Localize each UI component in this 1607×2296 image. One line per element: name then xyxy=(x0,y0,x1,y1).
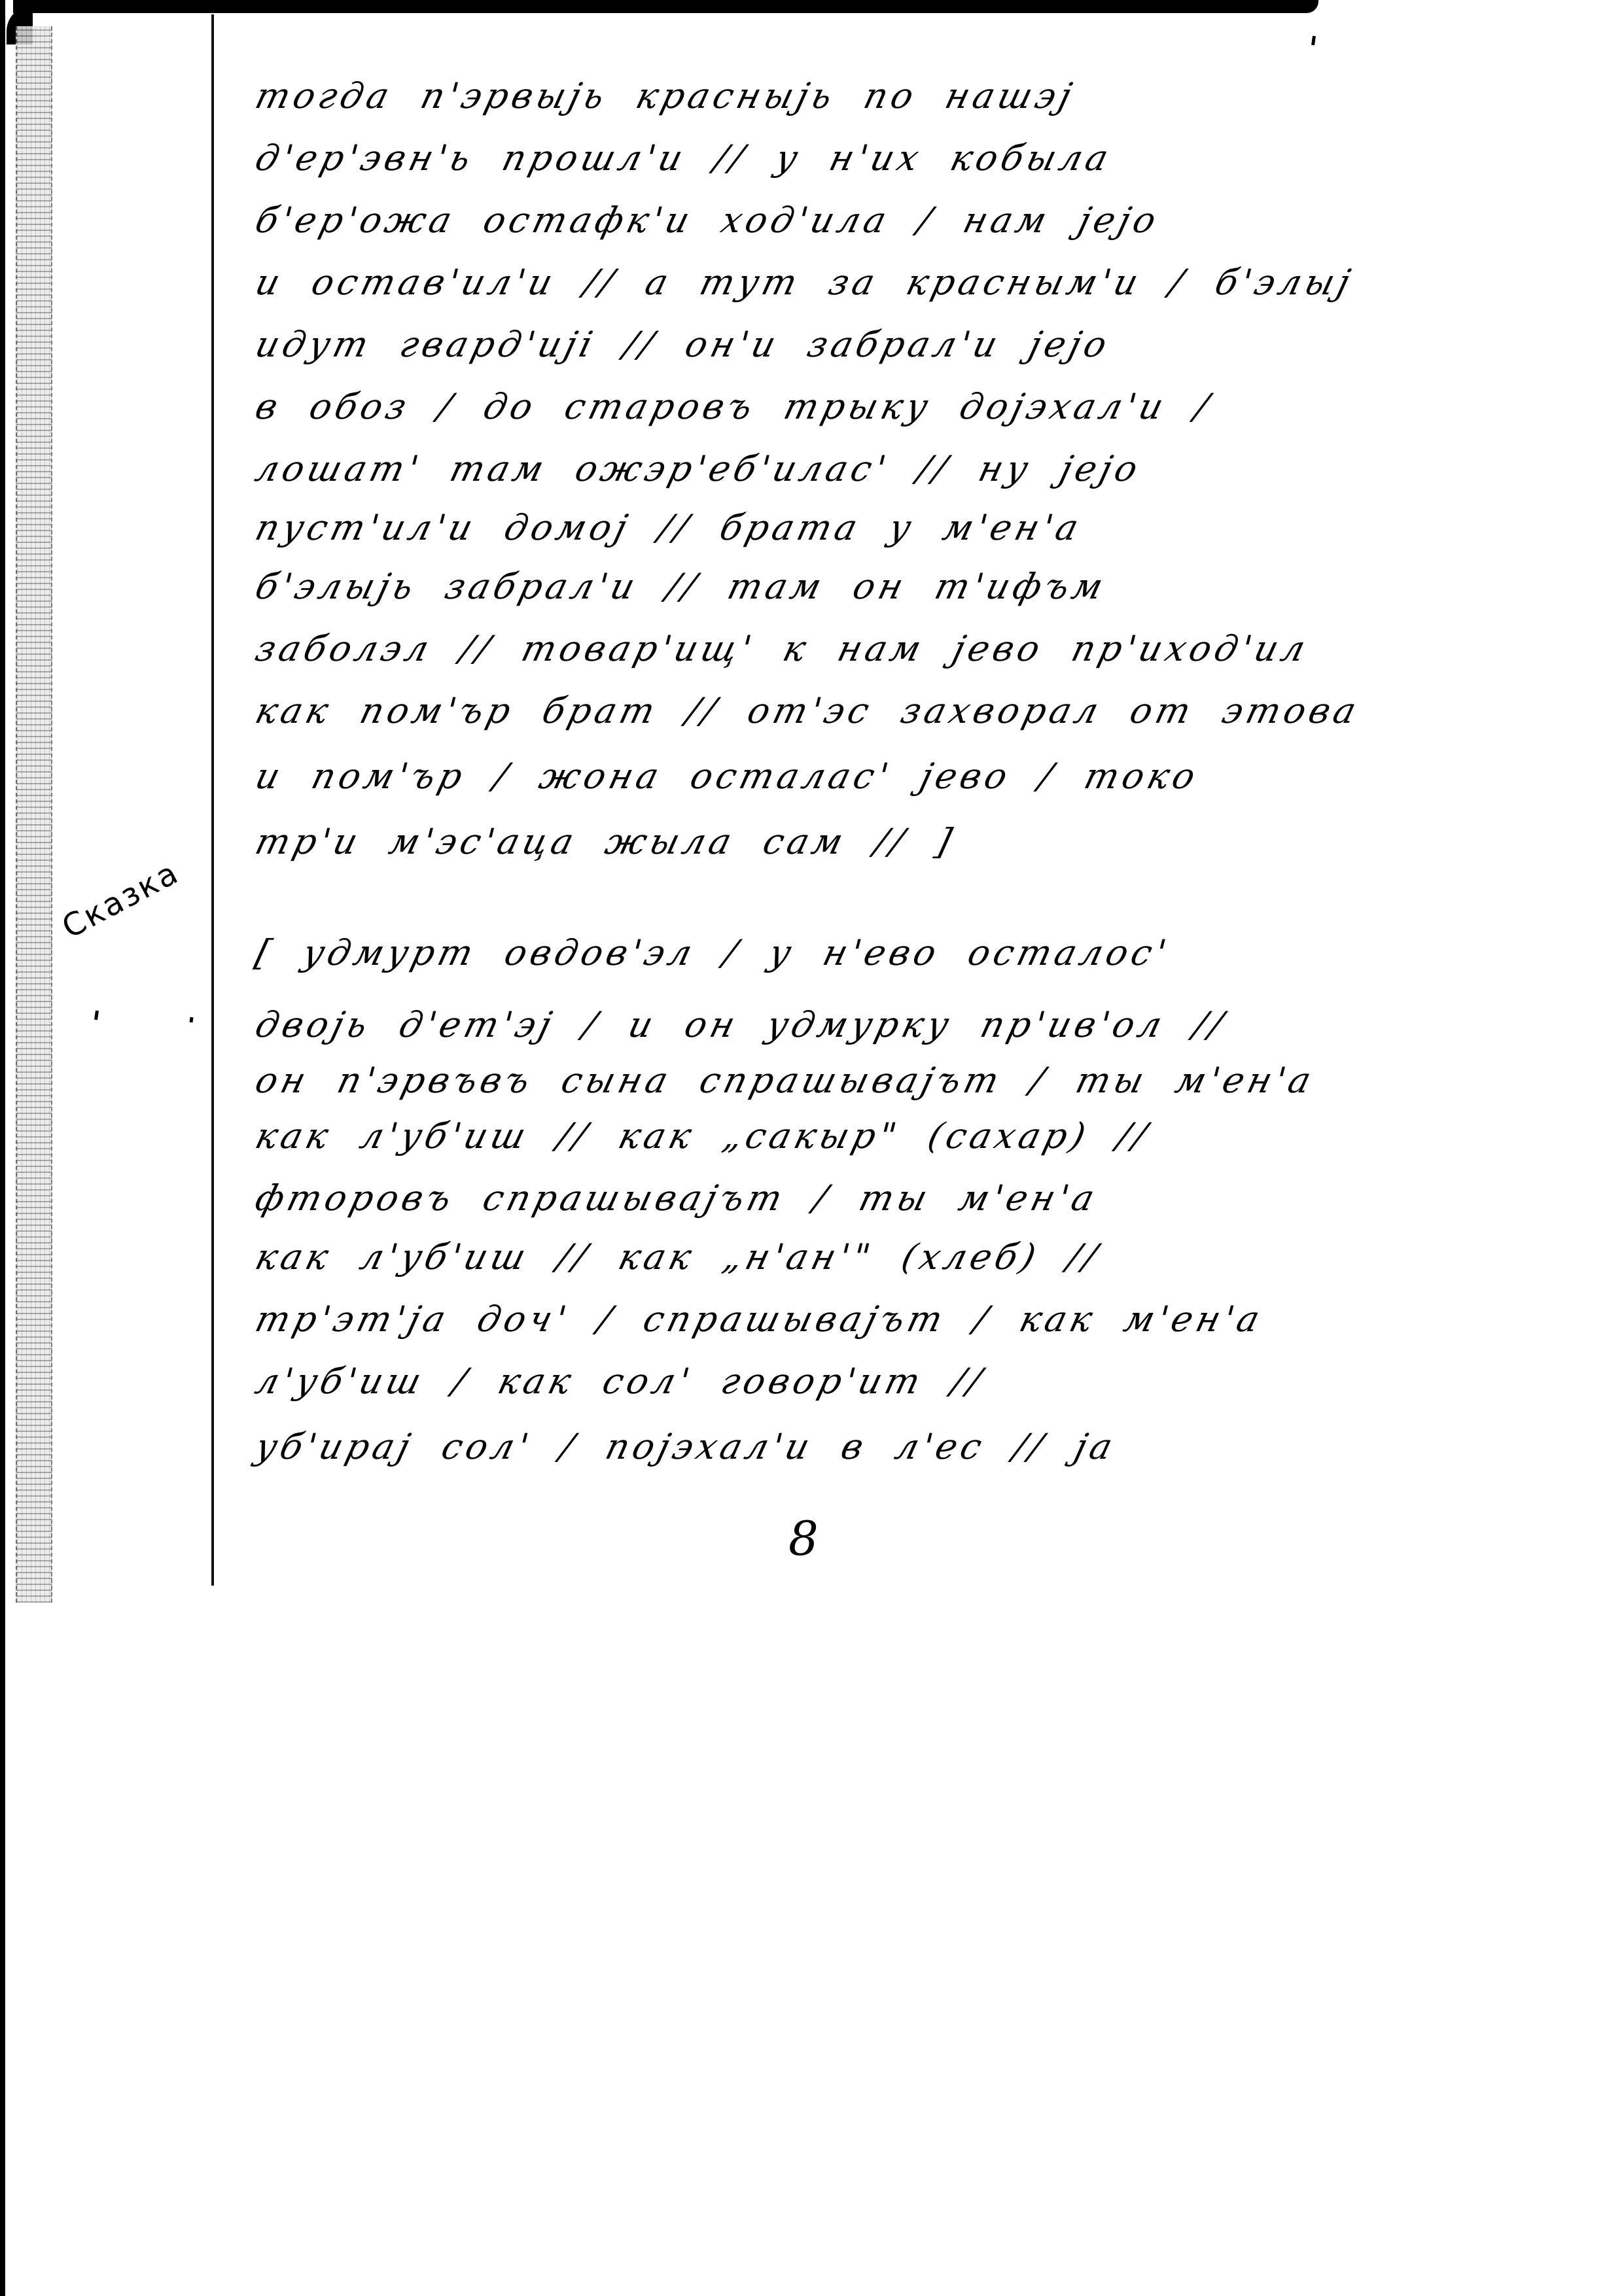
text-line: заболэл // товар'ищ' к нам јево пр'иход'… xyxy=(252,631,1313,667)
text-line: как л'уб'иш // как „н'ан'" (хлеб) // xyxy=(252,1240,1104,1275)
margin-note-skazka: Сказка xyxy=(56,854,185,946)
scanned-page: Сказка тогда п'эрвыјь красныјь по нашэј … xyxy=(0,0,1607,2296)
text-line: б'ер'ожа остафк'и ход'ила / нам јејо xyxy=(252,203,1163,238)
stray-mark xyxy=(189,1017,193,1023)
text-line: уб'ирај сол' / појэхал'и в л'ес // ја xyxy=(252,1429,1120,1465)
text-line: тогда п'эрвыјь красныјь по нашэј xyxy=(252,78,1079,114)
text-line: б'элыјь забрал'и // там он т'ифъм xyxy=(252,569,1110,604)
binding-strip xyxy=(16,26,52,1603)
text-line: как пом'ър брат // от'эс захворал от это… xyxy=(252,693,1364,729)
text-line: пуст'ил'и домој // брата у м'ен'а xyxy=(252,510,1086,546)
text-line: он п'эрвъвъ сына спрашывајът / ты м'ен'а xyxy=(252,1063,1318,1098)
text-line: в обоз / до старовъ трыку дојэхал'и / xyxy=(252,389,1216,425)
text-line: д'ер'эвн'ь прошл'и // у н'их кобыла xyxy=(252,141,1116,176)
page-number: 8 xyxy=(788,1511,819,1566)
text-line: как л'уб'иш // как „сакыр" (сахар) // xyxy=(252,1119,1154,1154)
text-line: и пом'ър / жона осталас' јево / токо xyxy=(252,759,1203,794)
text-line: л'уб'иш / как сол' говор'ит // xyxy=(252,1364,989,1399)
text-line: двојь д'ет'эј / и он удмурку пр'ив'ол // xyxy=(252,1007,1230,1043)
text-line: фторовъ спрашывајът / ты м'ен'а xyxy=(252,1181,1102,1216)
text-line: [ удмурт овдов'эл / у н'ево осталос' xyxy=(252,935,1173,971)
margin-line xyxy=(211,14,214,1586)
text-line: тр'и м'эс'аца жыла сам // ] xyxy=(252,824,959,860)
stray-mark xyxy=(1311,36,1316,46)
scan-left-edge xyxy=(0,0,5,2296)
text-line: тр'эт'ја доч' / спрашывајът / как м'ен'а xyxy=(252,1302,1267,1337)
text-line: идут гвард'ијi // он'и забрал'и јејо xyxy=(252,327,1114,362)
stray-mark xyxy=(94,1011,99,1020)
text-line: лошат' там ожэр'еб'илас' // ну јејо xyxy=(252,451,1145,487)
text-line: и остав'ил'и // а тут за красным'и / б'э… xyxy=(252,265,1357,300)
scan-top-shadow xyxy=(13,0,1318,13)
